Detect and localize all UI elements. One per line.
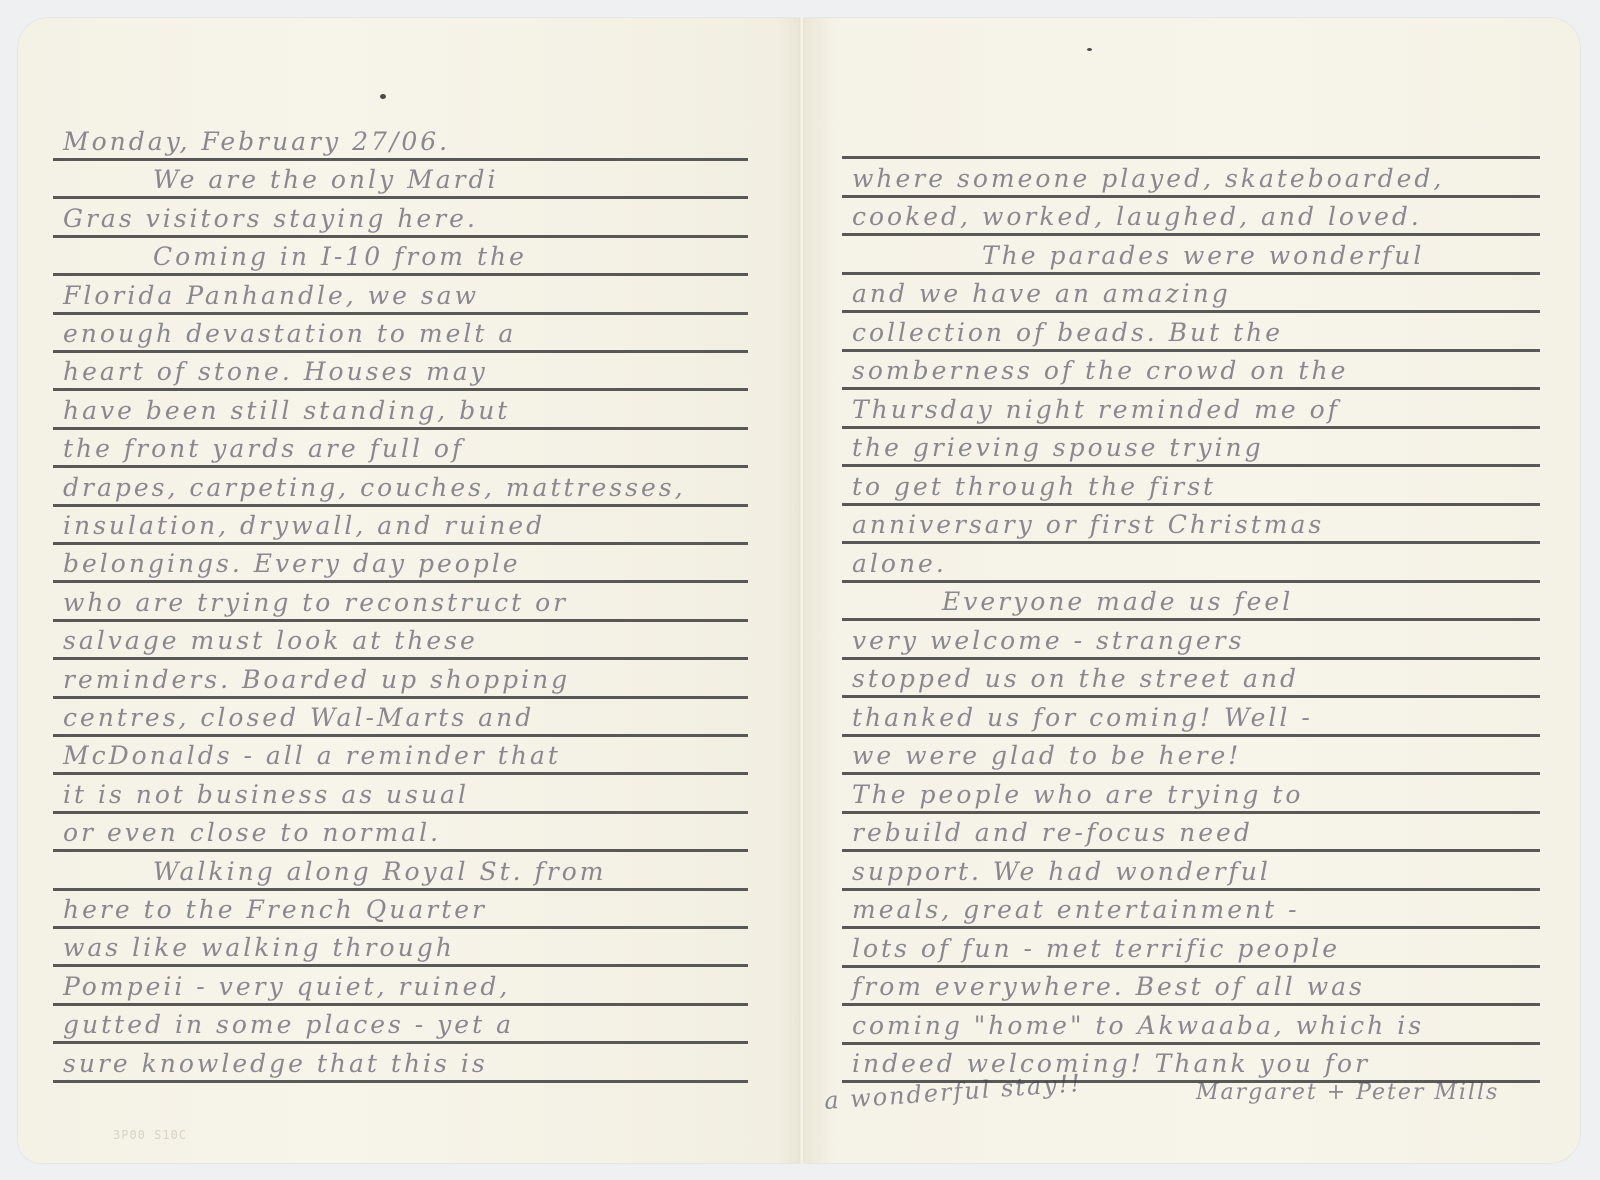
ruled-line <box>53 1041 748 1044</box>
ruled-line <box>842 888 1540 891</box>
handwritten-line: coming "home" to Akwaaba, which is <box>852 1011 1424 1041</box>
ruled-line <box>53 772 748 775</box>
right-page: a wonderful stay!! Margaret + Peter Mill… <box>804 18 1580 1163</box>
handwritten-line: drapes, carpeting, couches, mattresses, <box>63 473 686 503</box>
ruled-line <box>53 849 748 852</box>
handwritten-line: Monday, February 27/06. <box>63 127 450 157</box>
handwritten-line: or even close to normal. <box>63 818 441 848</box>
handwritten-line: anniversary or first Christmas <box>852 510 1324 540</box>
ruled-line <box>53 427 748 430</box>
handwritten-line: Everyone made us feel <box>852 587 1293 617</box>
ruled-line <box>842 926 1540 929</box>
ruled-line <box>842 695 1540 698</box>
ruled-line <box>842 195 1540 198</box>
ruled-line <box>53 580 748 583</box>
handwritten-line: enough devastation to melt a <box>63 319 516 349</box>
handwritten-line: lots of fun - met terrific people <box>852 934 1340 964</box>
ruled-line <box>842 156 1540 159</box>
handwritten-line: it is not business as usual <box>63 780 469 810</box>
handwritten-line: the grieving spouse trying <box>852 433 1264 463</box>
handwritten-line: Gras visitors staying here. <box>63 204 478 234</box>
ruled-line <box>842 965 1540 968</box>
handwritten-line: to get through the first <box>852 472 1216 502</box>
ruled-line <box>53 542 748 545</box>
left-page: Monday, February 27/06.We are the only M… <box>18 18 800 1163</box>
ruled-line <box>842 541 1540 544</box>
ruled-line <box>53 964 748 967</box>
ruled-line <box>842 426 1540 429</box>
handwritten-line: The people who are trying to <box>852 780 1303 810</box>
ruled-line <box>842 772 1540 775</box>
handwritten-line: belongings. Every day people <box>63 549 521 579</box>
ruled-line <box>53 734 748 737</box>
ruled-line <box>53 350 748 353</box>
handwritten-line: salvage must look at these <box>63 626 478 656</box>
handwritten-line: thanked us for coming! Well - <box>852 703 1313 733</box>
ruled-line <box>53 388 748 391</box>
handwritten-line: support. We had wonderful <box>852 857 1271 887</box>
handwritten-line: McDonalds - all a reminder that <box>63 741 561 771</box>
ruled-line <box>53 1003 748 1006</box>
handwritten-line: have been still standing, but <box>63 396 510 426</box>
ruled-line <box>842 464 1540 467</box>
ruled-line <box>842 387 1540 390</box>
handwritten-line: Florida Panhandle, we saw <box>63 281 479 311</box>
handwritten-line: gutted in some places - yet a <box>63 1010 514 1040</box>
handwritten-line: indeed welcoming! Thank you for <box>852 1049 1370 1079</box>
ruled-line <box>842 811 1540 814</box>
ruled-line <box>842 233 1540 236</box>
ruled-line <box>842 503 1540 506</box>
handwritten-line: sure knowledge that this is <box>63 1049 488 1079</box>
ruled-line <box>53 1080 748 1083</box>
handwritten-line: stopped us on the street and <box>852 664 1299 694</box>
ruled-line <box>842 349 1540 352</box>
ruled-line <box>53 465 748 468</box>
handwritten-line: heart of stone. Houses may <box>63 357 488 387</box>
ruled-line <box>53 312 748 315</box>
ruled-line <box>842 849 1540 852</box>
ruled-line <box>842 1042 1540 1045</box>
ruled-line <box>842 580 1540 583</box>
handwritten-line: and we have an amazing <box>852 279 1231 309</box>
handwritten-line: the front yards are full of <box>63 434 464 464</box>
handwritten-line: Walking along Royal St. from <box>63 857 607 887</box>
ruled-line <box>842 657 1540 660</box>
handwritten-line: from everywhere. Best of all was <box>852 972 1365 1002</box>
handwritten-line: The parades were wonderful <box>852 241 1424 271</box>
ruled-line <box>53 811 748 814</box>
ruled-line <box>53 926 748 929</box>
handwritten-line: alone. <box>852 549 947 579</box>
handwritten-line: where someone played, skateboarded, <box>852 164 1444 194</box>
ruled-line <box>53 888 748 891</box>
ruled-line <box>842 734 1540 737</box>
handwritten-line: cooked, worked, laughed, and loved. <box>852 202 1422 232</box>
handwritten-line: collection of beads. But the <box>852 318 1283 348</box>
ruled-line <box>53 273 748 276</box>
handwritten-line: we were glad to be here! <box>852 741 1241 771</box>
ruled-line <box>53 158 748 161</box>
ruled-line <box>842 1080 1540 1083</box>
handwritten-line: Pompeii - very quiet, ruined, <box>63 972 510 1002</box>
ruled-line <box>53 235 748 238</box>
ruled-line <box>53 619 748 622</box>
handwritten-line: centres, closed Wal-Marts and <box>63 703 534 733</box>
handwritten-line: insulation, drywall, and ruined <box>63 511 545 541</box>
ruled-line <box>53 504 748 507</box>
handwritten-line: reminders. Boarded up shopping <box>63 665 570 695</box>
handwritten-line: was like walking through <box>63 933 455 963</box>
handwritten-line: very welcome - strangers <box>852 626 1244 656</box>
ink-speck <box>1087 48 1092 51</box>
handwritten-line: somberness of the crowd on the <box>852 356 1348 386</box>
handwritten-line: We are the only Mardi <box>63 165 499 195</box>
ruled-line <box>53 657 748 660</box>
journal-spread: Monday, February 27/06.We are the only M… <box>18 18 1580 1166</box>
handwritten-line: Thursday night reminded me of <box>852 395 1340 425</box>
handwritten-line: Coming in I-10 from the <box>63 242 527 272</box>
ink-speck <box>380 94 386 99</box>
ruled-line <box>53 696 748 699</box>
ruled-line <box>842 1003 1540 1006</box>
ruled-line <box>842 310 1540 313</box>
handwritten-line: here to the French Quarter <box>63 895 487 925</box>
ruled-line <box>53 196 748 199</box>
handwritten-line: who are trying to reconstruct or <box>63 588 568 618</box>
handwritten-line: meals, great entertainment - <box>852 895 1300 925</box>
page-stamp: 3P00 S10C <box>113 1128 187 1142</box>
ruled-line <box>842 618 1540 621</box>
signature: Margaret + Peter Mills <box>1196 1080 1499 1105</box>
handwritten-line: rebuild and re-focus need <box>852 818 1253 848</box>
ruled-line <box>842 272 1540 275</box>
